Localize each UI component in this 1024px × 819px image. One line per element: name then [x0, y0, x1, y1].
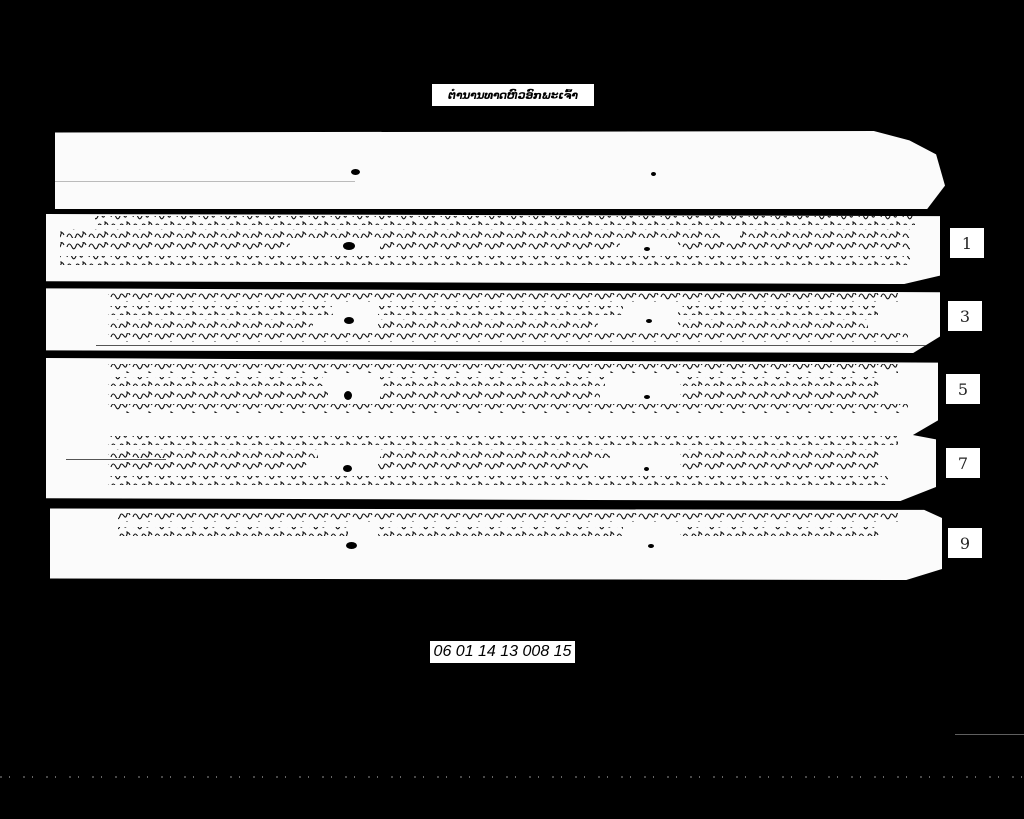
page-number-tag: 7 [946, 448, 980, 478]
page-number-tag: 9 [948, 528, 982, 558]
page-number-tag: 5 [946, 374, 980, 404]
reference-code-label: 06 01 14 13 008 15 [430, 641, 575, 663]
scan-artifact [0, 776, 1024, 778]
scan-artifact [955, 734, 1024, 735]
page-number-tag: 3 [948, 301, 982, 331]
page-number-tag: 1 [950, 228, 984, 258]
manuscript-script-lines [0, 0, 1024, 819]
